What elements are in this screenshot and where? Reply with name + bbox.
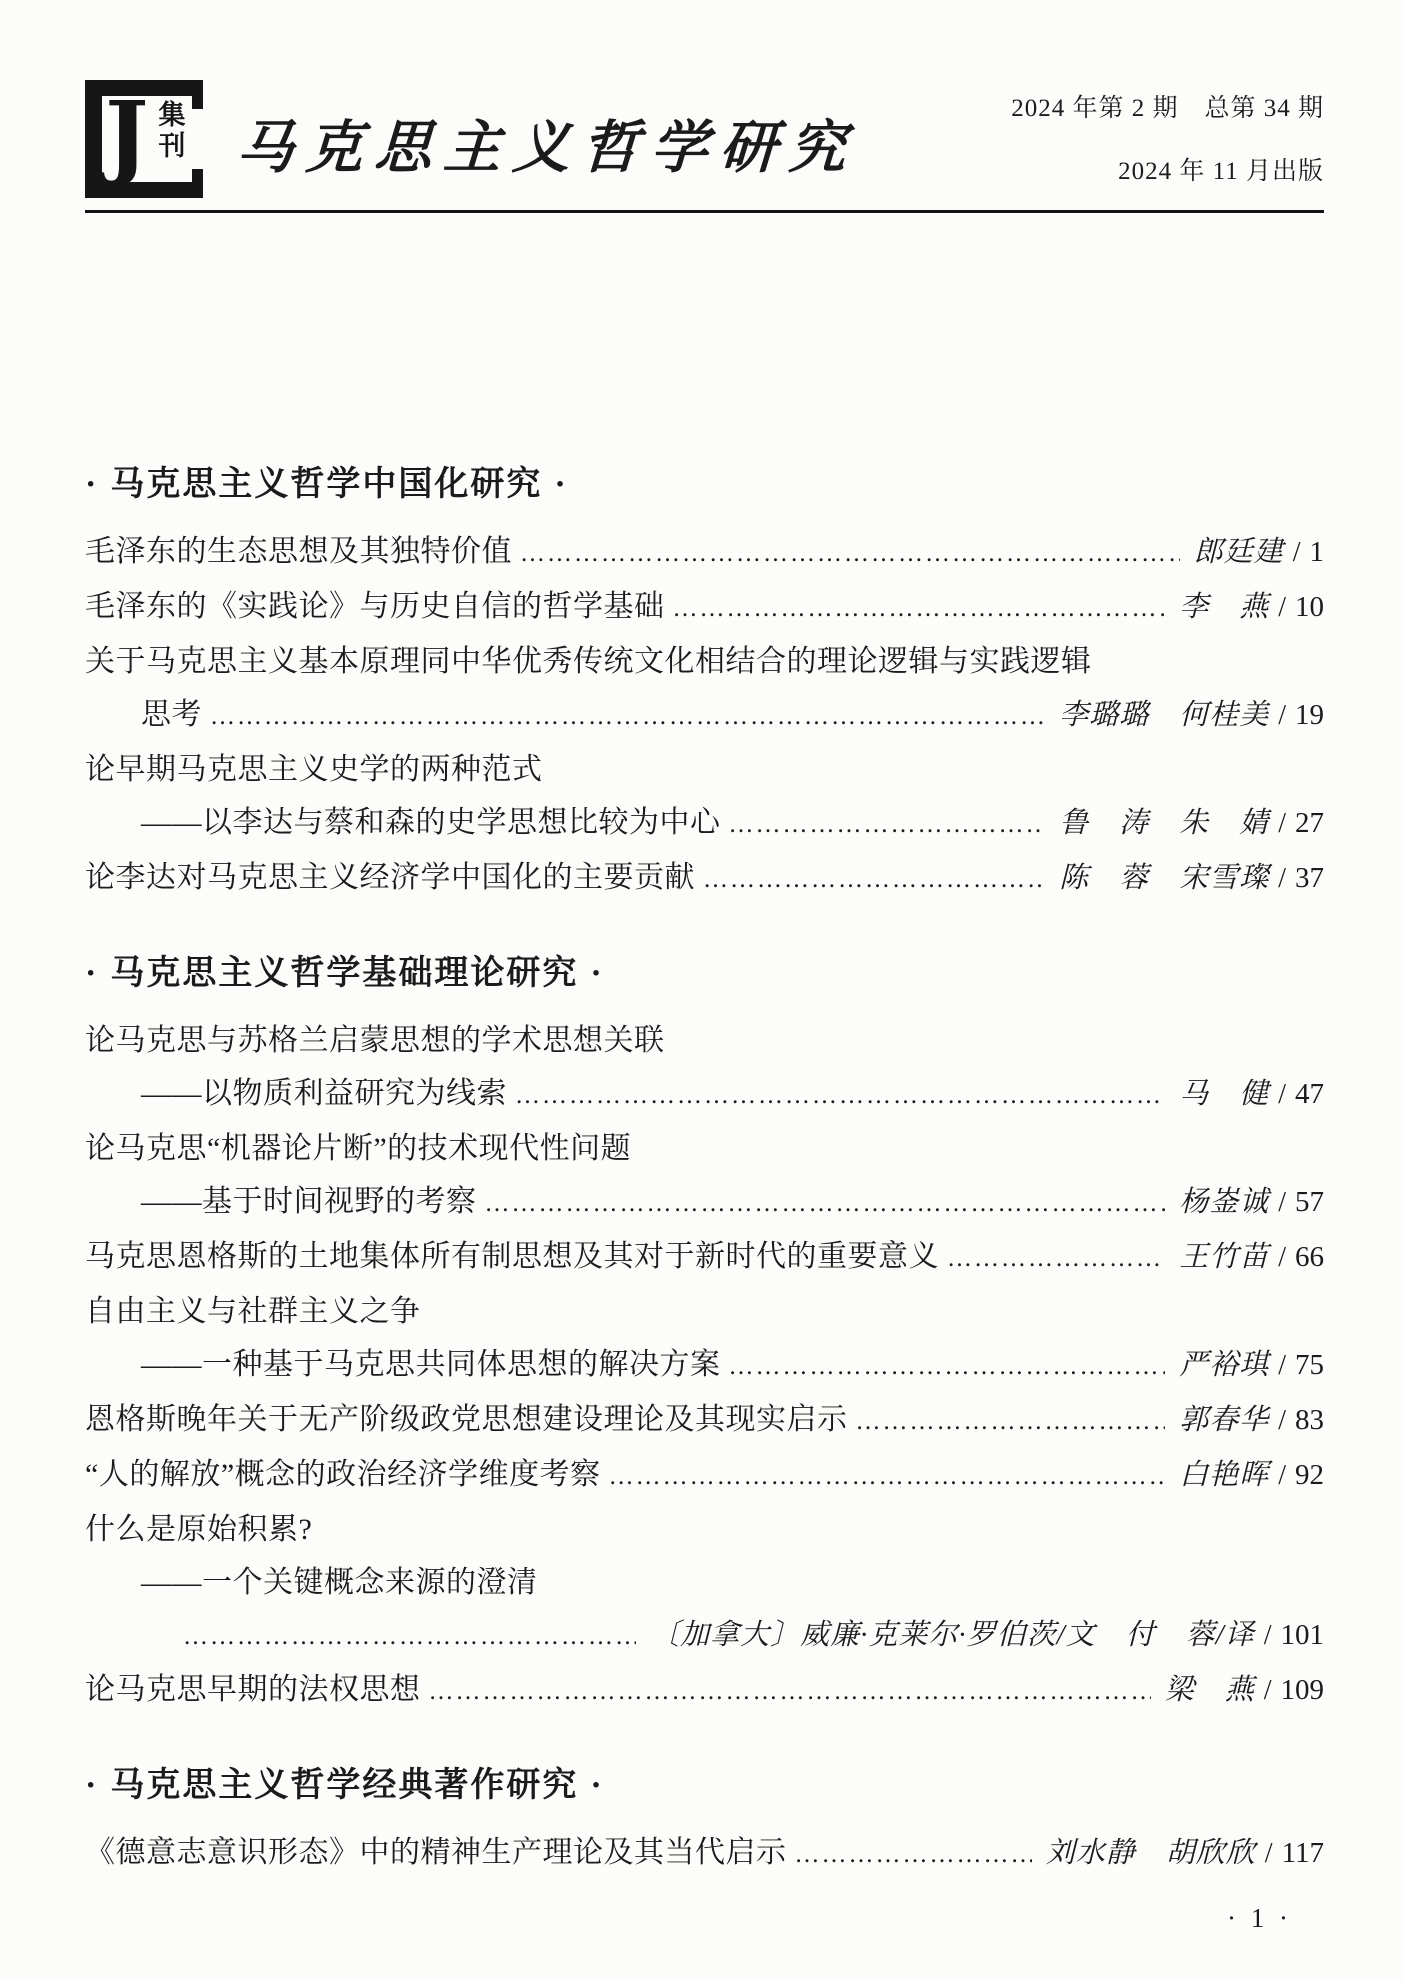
entry-page-separator: / <box>1269 1068 1295 1121</box>
issue-number: 2024 年第 2 期 总第 34 期 <box>1011 96 1324 121</box>
entry-page: 47 <box>1295 1068 1324 1121</box>
dot-leader: …………………………………………………………………………………………………………… <box>673 582 1166 635</box>
entry-title: 论马克思与苏格兰启蒙思想的学术思想关联 <box>85 1014 665 1067</box>
entry-authors: 王竹苗 <box>1179 1231 1269 1284</box>
dot-leader: …………………………………………………………………………………………………………… <box>729 798 1046 851</box>
toc-entry: 马克思恩格斯的土地集体所有制思想及其对于新时代的重要意义………………………………… <box>85 1230 1324 1285</box>
dot-leader: …………………………………………………………………………………………………………… <box>856 1395 1166 1448</box>
entry-title: 《德意志意识形态》中的精神生产理论及其当代启示 <box>85 1826 787 1879</box>
entry-page-separator: / <box>1256 1827 1282 1880</box>
dot-leader: …………………………………………………………………………………………………………… <box>183 1610 636 1663</box>
entry-title: “人的解放”概念的政治经济学维度考察 <box>85 1448 601 1501</box>
entry-page: 57 <box>1295 1176 1324 1229</box>
toc-entry: 论李达对马克思主义经济学中国化的主要贡献……………………………………………………… <box>85 851 1324 906</box>
entry-page-separator: / <box>1269 1394 1295 1447</box>
toc-entry: ——一个关键概念来源的澄清 <box>85 1556 1324 1609</box>
entry-title: ——以李达与蔡和森的史学思想比较为中心 <box>141 796 721 849</box>
logo-letter-j: J <box>105 76 149 194</box>
toc-section: ·马克思主义哲学经典著作研究·《德意志意识形态》中的精神生产理论及其当代启示……… <box>85 1762 1324 1881</box>
entry-page: 37 <box>1295 852 1324 905</box>
dot-leader: …………………………………………………………………………………………………………… <box>609 1450 1166 1503</box>
dot-leader: …………………………………………………………………………………………………………… <box>703 853 1045 906</box>
entry-page: 109 <box>1281 1664 1325 1717</box>
entry-page: 27 <box>1295 797 1324 850</box>
entry-authors: 郭春华 <box>1179 1394 1269 1447</box>
toc-entry: 思考……………………………………………………………………………………………………… <box>85 688 1324 743</box>
entry-page: 101 <box>1281 1609 1325 1662</box>
section-heading: ·马克思主义哲学基础理论研究· <box>85 950 1324 998</box>
section-heading: ·马克思主义哲学中国化研究· <box>85 461 1324 509</box>
entry-page-separator: / <box>1269 581 1295 634</box>
header-divider <box>85 210 1324 213</box>
toc-entry: 论早期马克思主义史学的两种范式 <box>85 743 1324 796</box>
toc-entry: 自由主义与社群主义之争 <box>85 1285 1324 1338</box>
entry-page-separator: / <box>1255 1609 1281 1662</box>
entry-title: 恩格斯晚年关于无产阶级政党思想建设理论及其现实启示 <box>85 1393 848 1446</box>
section-heading: ·马克思主义哲学经典著作研究· <box>85 1762 1324 1810</box>
entry-title: ——一种基于马克思共同体思想的解决方案 <box>141 1338 721 1391</box>
page-number: · 1 · <box>1227 1903 1292 1934</box>
toc-entry: 关于马克思主义基本原理同中华优秀传统文化相结合的理论逻辑与实践逻辑 <box>85 635 1324 688</box>
entry-authors: 陈 蓉 宋雪璨 <box>1059 852 1269 905</box>
entry-authors: 李璐璐 何桂美 <box>1059 689 1269 742</box>
entry-authors: 严裕琪 <box>1179 1339 1269 1392</box>
entry-authors: 鲁 涛 朱 婧 <box>1059 797 1269 850</box>
entry-page: 1 <box>1310 526 1325 579</box>
dot-leader: …………………………………………………………………………………………………………… <box>947 1232 1165 1285</box>
toc-entry: 《德意志意识形态》中的精神生产理论及其当代启示……………………………………………… <box>85 1826 1324 1881</box>
entry-page: 19 <box>1295 689 1324 742</box>
heading-marker: · <box>85 466 98 503</box>
dot-leader: …………………………………………………………………………………………………………… <box>210 690 1045 743</box>
entry-authors: 李 燕 <box>1179 581 1269 634</box>
entry-title: 关于马克思主义基本原理同中华优秀传统文化相结合的理论逻辑与实践逻辑 <box>85 635 1092 688</box>
entry-title: 论李达对马克思主义经济学中国化的主要贡献 <box>85 851 695 904</box>
toc-entry: ——一种基于马克思共同体思想的解决方案………………………………………………………… <box>85 1338 1324 1393</box>
dot-leader: …………………………………………………………………………………………………………… <box>795 1828 1032 1881</box>
entry-authors: 梁 燕 <box>1165 1664 1255 1717</box>
entry-page: 66 <box>1295 1231 1324 1284</box>
entry-title: ——基于时间视野的考察 <box>141 1175 477 1228</box>
toc-entry: 论马克思早期的法权思想……………………………………………………………………………… <box>85 1663 1324 1718</box>
entry-page: 92 <box>1295 1449 1324 1502</box>
entry-page-separator: / <box>1255 1664 1281 1717</box>
section-heading-text: 马克思主义哲学基础理论研究 <box>110 955 578 992</box>
entry-page-separator: / <box>1269 1231 1295 1284</box>
entry-title: 什么是原始积累? <box>85 1503 312 1556</box>
toc: ·马克思主义哲学中国化研究·毛泽东的生态思想及其独特价值………………………………… <box>85 461 1324 1881</box>
entry-title: 论马克思早期的法权思想 <box>85 1663 421 1716</box>
toc-entry: 论马克思“机器论片断”的技术现代性问题 <box>85 1122 1324 1175</box>
toc-section: ·马克思主义哲学基础理论研究·论马克思与苏格兰启蒙思想的学术思想关联——以物质利… <box>85 950 1324 1718</box>
entry-title: 思考 <box>141 688 202 741</box>
entry-title: ——以物质利益研究为线索 <box>141 1067 507 1120</box>
entry-page-separator: / <box>1269 852 1295 905</box>
entry-page: 10 <box>1295 581 1324 634</box>
entry-authors: 刘水静 胡欣欣 <box>1046 1827 1256 1880</box>
toc-entry: 什么是原始积累? <box>85 1503 1324 1556</box>
journal-toc-page: J 集刊 马克思主义哲学研究 2024 年第 2 期 总第 34 期 2024 … <box>0 0 1404 1980</box>
toc-entry: ——以物质利益研究为线索…………………………………………………………………………… <box>85 1067 1324 1122</box>
heading-marker: · <box>590 955 603 992</box>
heading-marker: · <box>85 1767 98 1804</box>
entry-title: 毛泽东的生态思想及其独特价值 <box>85 525 512 578</box>
entry-authors: 马 健 <box>1179 1068 1269 1121</box>
entry-page-separator: / <box>1269 1449 1295 1502</box>
toc-entry: 毛泽东的《实践论》与历史自信的哲学基础………………………………………………………… <box>85 580 1324 635</box>
toc-entry: 论马克思与苏格兰启蒙思想的学术思想关联 <box>85 1014 1324 1067</box>
dot-leader: …………………………………………………………………………………………………………… <box>429 1665 1151 1718</box>
section-heading-text: 马克思主义哲学经典著作研究 <box>110 1767 578 1804</box>
entry-page-separator: / <box>1269 797 1295 850</box>
entry-page-separator: / <box>1269 1176 1295 1229</box>
publish-date: 2024 年 11 月出版 <box>1011 159 1324 184</box>
toc-section: ·马克思主义哲学中国化研究·毛泽东的生态思想及其独特价值………………………………… <box>85 461 1324 906</box>
issue-info: 2024 年第 2 期 总第 34 期 2024 年 11 月出版 <box>1011 80 1324 184</box>
toc-entry: ——基于时间视野的考察……………………………………………………………………………… <box>85 1175 1324 1230</box>
entry-page: 83 <box>1295 1394 1324 1447</box>
dot-leader: …………………………………………………………………………………………………………… <box>515 1069 1165 1122</box>
dot-leader: …………………………………………………………………………………………………………… <box>520 527 1180 580</box>
journal-logo: J 集刊 <box>85 80 203 198</box>
heading-marker: · <box>554 466 567 503</box>
logo-label: 集刊 <box>157 100 187 162</box>
toc-entry: ——以李达与蔡和森的史学思想比较为中心………………………………………………………… <box>85 796 1324 851</box>
toc-entry: 恩格斯晚年关于无产阶级政党思想建设理论及其现实启示………………………………………… <box>85 1393 1324 1448</box>
toc-entry: “人的解放”概念的政治经济学维度考察…………………………………………………………… <box>85 1448 1324 1503</box>
entry-page-separator: / <box>1269 689 1295 742</box>
page-header: J 集刊 马克思主义哲学研究 2024 年第 2 期 总第 34 期 2024 … <box>85 80 1324 198</box>
entry-title: 论马克思“机器论片断”的技术现代性问题 <box>85 1122 631 1175</box>
entry-authors: 郎廷建 <box>1194 526 1284 579</box>
entry-page-separator: / <box>1284 526 1310 579</box>
toc-entry: …………………………………………………………………………………………………………… <box>85 1609 1324 1663</box>
journal-title: 马克思主义哲学研究 <box>235 102 860 184</box>
section-heading-text: 马克思主义哲学中国化研究 <box>110 466 542 503</box>
entry-authors: 杨崟诚 <box>1179 1176 1269 1229</box>
heading-marker: · <box>85 955 98 992</box>
entry-title: ——一个关键概念来源的澄清 <box>141 1556 538 1609</box>
dot-leader: …………………………………………………………………………………………………………… <box>485 1177 1166 1230</box>
toc-entry: 毛泽东的生态思想及其独特价值……………………………………………………………………… <box>85 525 1324 580</box>
entry-title: 马克思恩格斯的土地集体所有制思想及其对于新时代的重要意义 <box>85 1230 939 1283</box>
entry-page: 75 <box>1295 1339 1324 1392</box>
entry-title: 自由主义与社群主义之争 <box>85 1285 421 1338</box>
heading-marker: · <box>590 1767 603 1804</box>
entry-page-separator: / <box>1269 1339 1295 1392</box>
dot-leader: …………………………………………………………………………………………………………… <box>729 1340 1166 1393</box>
entry-authors: 白艳晖 <box>1179 1449 1269 1502</box>
entry-authors: 〔加拿大〕威廉·克莱尔·罗伯茨/文 付 蓉/译 <box>650 1609 1255 1662</box>
entry-title: 论早期马克思主义史学的两种范式 <box>85 743 543 796</box>
entry-title: 毛泽东的《实践论》与历史自信的哲学基础 <box>85 580 665 633</box>
entry-page: 117 <box>1282 1827 1324 1880</box>
